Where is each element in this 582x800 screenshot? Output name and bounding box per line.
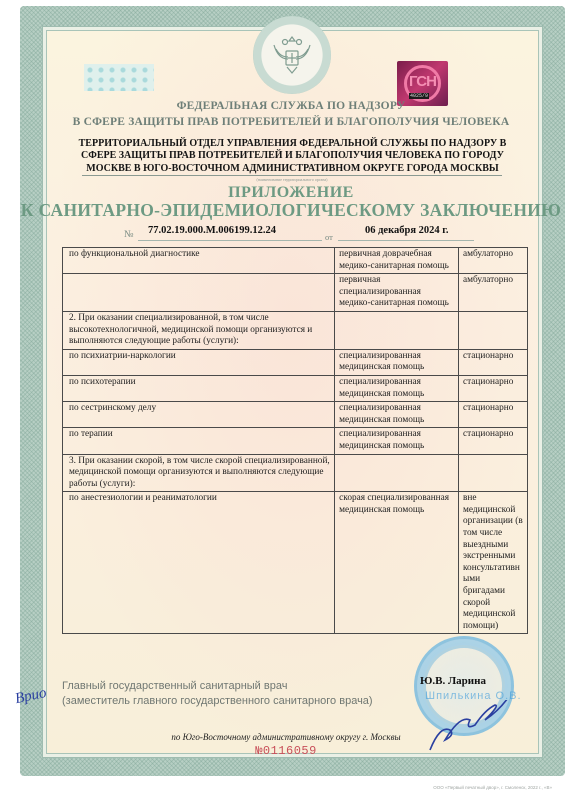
security-watermark xyxy=(84,64,154,91)
care-type-cell: специализированная медицинская помощь xyxy=(335,402,459,428)
conclusion-number: 77.02.19.000.М.006199.12.24 xyxy=(148,225,276,236)
number-underline xyxy=(138,240,322,241)
condition-cell: стационарно xyxy=(459,402,528,428)
hologram-serial: 4025/9 xyxy=(409,93,429,99)
work-cell: по психотерапии xyxy=(63,375,335,401)
care-type-cell: специализированная медицинская помощь xyxy=(335,349,459,375)
double-headed-eagle-icon xyxy=(270,31,314,79)
table-row: по психотерапииспециализированная медици… xyxy=(63,375,528,401)
condition-cell xyxy=(459,454,528,492)
table-row: по сестринскому делуспециализированная м… xyxy=(63,402,528,428)
signer-name: Ю.В. Ларина xyxy=(420,675,486,687)
work-cell: по функциональной диагностике xyxy=(63,248,335,274)
condition-cell: стационарно xyxy=(459,428,528,454)
department-line: МОСКВЕ В ЮГО-ВОСТОЧНОМ АДМИНИСТРАТИВНОМ … xyxy=(60,163,525,175)
table-row: по анестезиологии и реаниматологиискорая… xyxy=(63,492,528,634)
care-type-cell xyxy=(335,311,459,349)
table-row: 2. При оказании специализированной, в то… xyxy=(63,311,528,349)
care-type-cell: первичная доврачебная медико-санитарная … xyxy=(335,248,459,274)
work-cell: по терапии xyxy=(63,428,335,454)
table-row: 3. При оказании скорой, в том числе скор… xyxy=(63,454,528,492)
department-name: ТЕРРИТОРИАЛЬНЫЙ ОТДЕЛ УПРАВЛЕНИЯ ФЕДЕРАЛ… xyxy=(60,138,525,175)
care-type-cell xyxy=(335,454,459,492)
number-label: № xyxy=(124,229,134,240)
care-type-cell: специализированная медицинская помощь xyxy=(335,428,459,454)
work-cell xyxy=(63,274,335,312)
condition-cell xyxy=(459,311,528,349)
printer-imprint: ООО «Первый печатный двор», г. Смоленск,… xyxy=(433,785,552,790)
form-serial-number: №0116059 xyxy=(0,744,582,758)
table-row: по функциональной диагностикепервичная д… xyxy=(63,248,528,274)
document-subtitle: К САНИТАРНО-ЭПИДЕМИОЛОГИЧЕСКОМУ ЗАКЛЮЧЕН… xyxy=(20,200,562,221)
services-table: по функциональной диагностикепервичная д… xyxy=(62,247,528,634)
care-type-cell: специализированная медицинская помощь xyxy=(335,375,459,401)
work-cell: 3. При оказании скорой, в том числе скор… xyxy=(63,454,335,492)
condition-cell: амбулаторно xyxy=(459,248,528,274)
work-cell: по психиатрии-наркологии xyxy=(63,349,335,375)
condition-cell: стационарно xyxy=(459,375,528,401)
chief-doctor-title: Главный государственный санитарный врач xyxy=(62,680,287,692)
table-row: по терапииспециализированная медицинская… xyxy=(63,428,528,454)
conclusion-date: 06 декабря 2024 г. xyxy=(365,225,448,236)
agency-name-line1: ФЕДЕРАЛЬНАЯ СЛУЖБА ПО НАДЗОРУ xyxy=(40,100,542,112)
table-row: по психиатрии-наркологииспециализированн… xyxy=(63,349,528,375)
hologram-letters: ГСН xyxy=(397,73,448,90)
department-underline xyxy=(82,175,502,176)
condition-cell: вне медицинской организации (в том числе… xyxy=(459,492,528,634)
date-underline xyxy=(338,240,474,241)
condition-cell: амбулаторно xyxy=(459,274,528,312)
work-cell: по сестринскому делу xyxy=(63,402,335,428)
department-line: СФЕРЕ ЗАЩИТЫ ПРАВ ПОТРЕБИТЕЛЕЙ И БЛАГОПО… xyxy=(60,150,525,162)
department-line: ТЕРРИТОРИАЛЬНЫЙ ОТДЕЛ УПРАВЛЕНИЯ ФЕДЕРАЛ… xyxy=(60,138,525,150)
condition-cell: стационарно xyxy=(459,349,528,375)
care-type-cell: скорая специализированная медицинская по… xyxy=(335,492,459,634)
deputy-chief-title: (заместитель главного государственного с… xyxy=(62,695,373,707)
agency-name-line2: В СФЕРЕ ЗАЩИТЫ ПРАВ ПОТРЕБИТЕЛЕЙ И БЛАГО… xyxy=(40,116,542,128)
care-type-cell: первичная специализированная медико-сани… xyxy=(335,274,459,312)
table-row: первичная специализированная медико-сани… xyxy=(63,274,528,312)
work-cell: по анестезиологии и реаниматологии xyxy=(63,492,335,634)
work-cell: 2. При оказании специализированной, в то… xyxy=(63,311,335,349)
date-label: от xyxy=(325,232,333,242)
district-name: по Юго-Восточному административному окру… xyxy=(0,732,582,742)
department-caption: (наименование территориального органа) xyxy=(82,177,502,182)
coat-of-arms-emblem xyxy=(253,16,331,94)
